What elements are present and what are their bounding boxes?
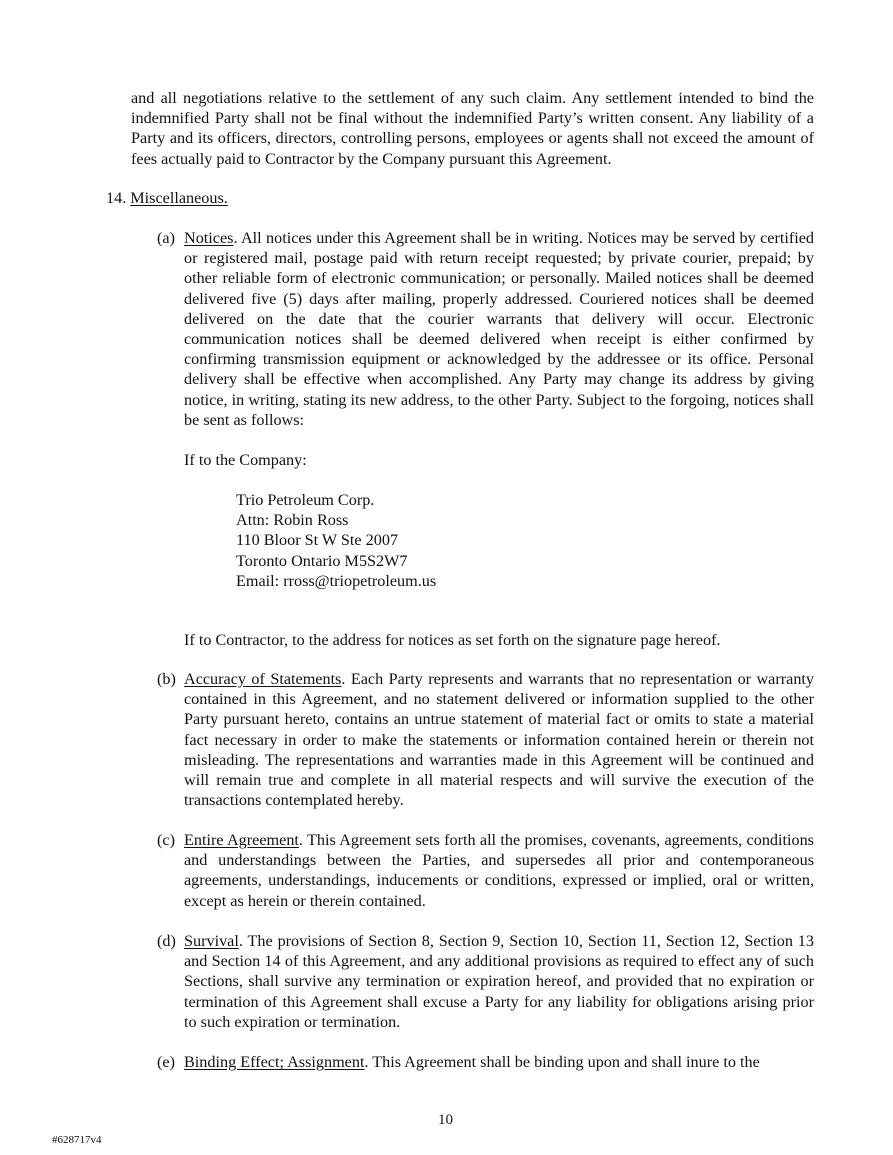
address-line-email: Email: rross@triopetroleum.us <box>236 571 436 591</box>
clause-heading: Binding Effect; Assignment <box>184 1053 364 1071</box>
address-line-company: Trio Petroleum Corp. <box>236 490 436 510</box>
clause-label: (c) <box>157 830 175 850</box>
clause-heading: Notices <box>184 229 233 247</box>
clause-binding-effect: (e) Binding Effect; Assignment. This Agr… <box>157 1052 814 1072</box>
clause-label: (a) <box>157 228 175 248</box>
clause-accuracy-of-statements: (b) Accuracy of Statements. Each Party r… <box>157 669 814 810</box>
section-title: Miscellaneous. <box>130 189 228 207</box>
address-line-street: 110 Bloor St W Ste 2007 <box>236 530 436 550</box>
clause-text: . All notices under this Agreement shall… <box>184 229 814 429</box>
section-heading: 14. Miscellaneous. <box>106 188 228 208</box>
clause-text: . This Agreement shall be binding upon a… <box>364 1053 759 1071</box>
clause-text: . Each Party represents and warrants tha… <box>184 670 814 809</box>
clause-label: (b) <box>157 669 176 689</box>
contractor-notice: If to Contractor, to the address for not… <box>184 630 721 650</box>
clause-survival: (d) Survival. The provisions of Section … <box>157 931 814 1032</box>
clause-label: (e) <box>157 1052 175 1072</box>
section-number: 14. <box>106 189 126 207</box>
address-line-attn: Attn: Robin Ross <box>236 510 436 530</box>
address-line-city: Toronto Ontario M5S2W7 <box>236 551 436 571</box>
clause-entire-agreement: (c) Entire Agreement. This Agreement set… <box>157 830 814 911</box>
clause-label: (d) <box>157 931 176 951</box>
page-number: 10 <box>438 1110 453 1130</box>
clause-heading: Accuracy of Statements <box>184 670 341 688</box>
document-id: #628717v4 <box>52 1130 102 1150</box>
clause-text: . The provisions of Section 8, Section 9… <box>184 932 814 1031</box>
clause-heading: Survival <box>184 932 239 950</box>
company-notice-intro: If to the Company: <box>184 450 307 470</box>
company-address: Trio Petroleum Corp. Attn: Robin Ross 11… <box>236 490 436 591</box>
clause-heading: Entire Agreement <box>184 831 299 849</box>
continuation-paragraph: and all negotiations relative to the set… <box>131 88 814 169</box>
clause-notices: (a) Notices. All notices under this Agre… <box>157 228 814 430</box>
